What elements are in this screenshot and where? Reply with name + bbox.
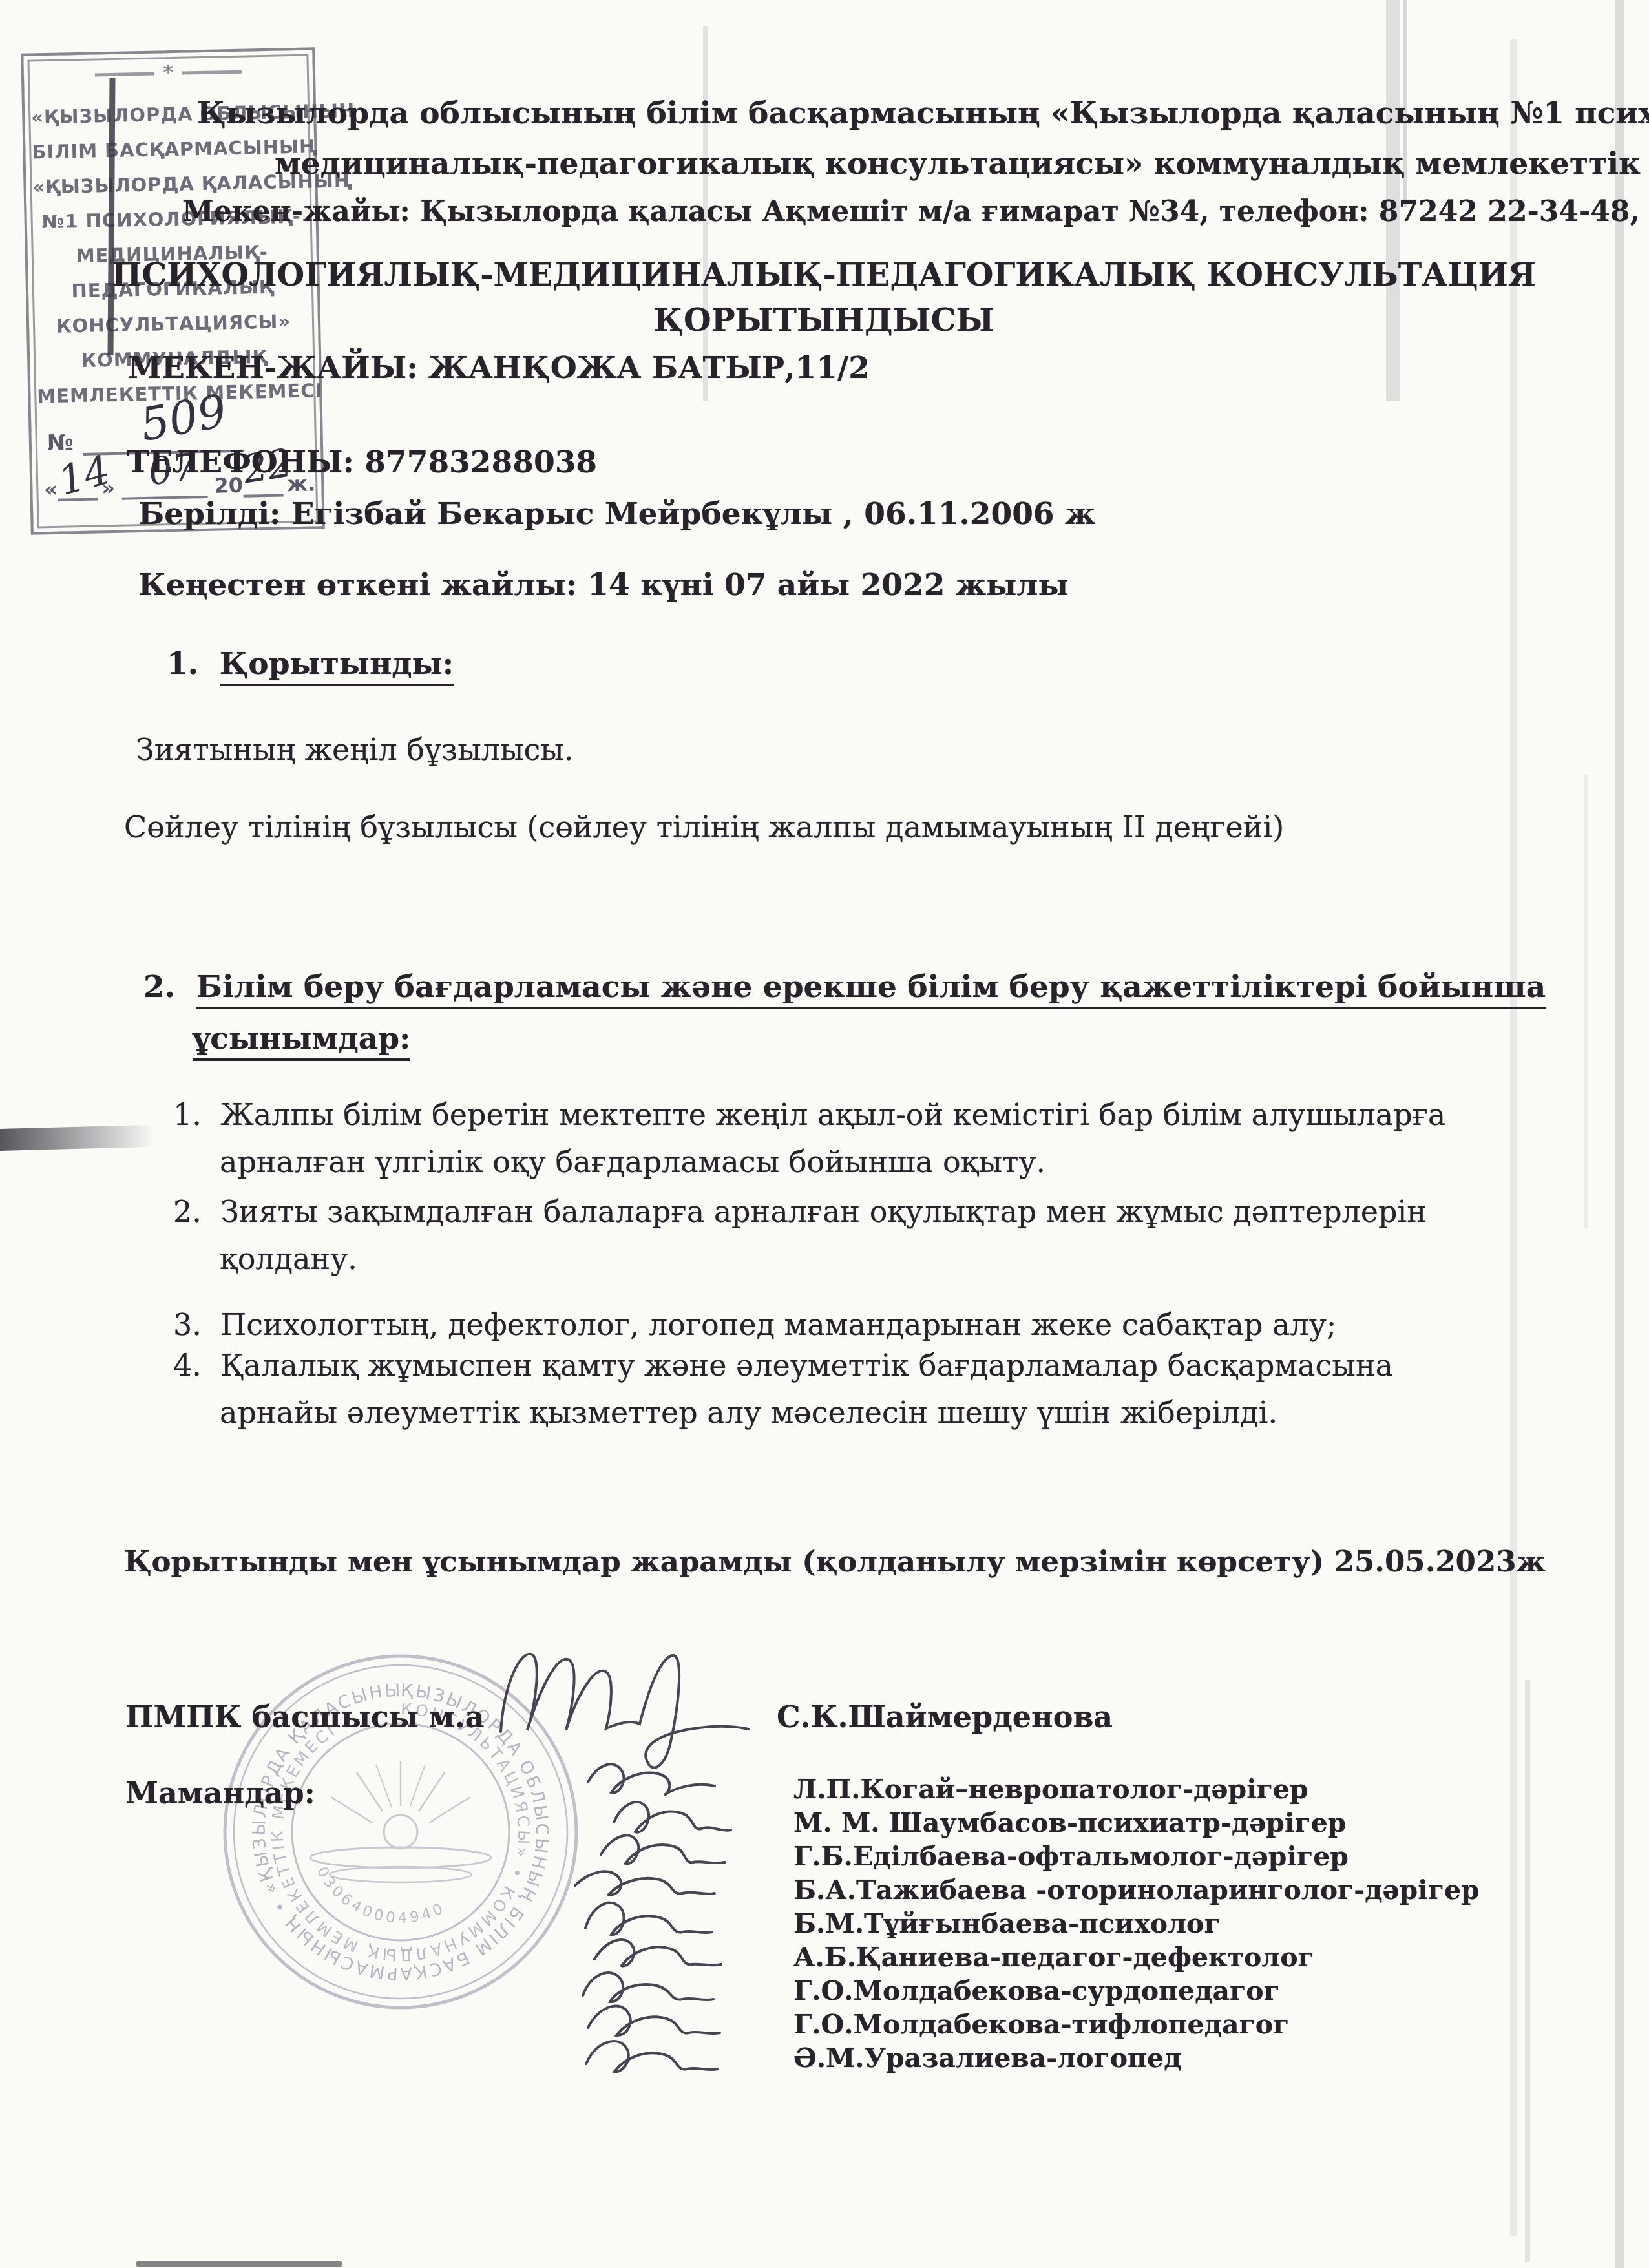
list-item-text: Қалалық жұмыспен қамту және әлеуметтік б… — [220, 1348, 1393, 1383]
issued-to-line: Берілді: Егізбай Бекарыс Мейрбекұлы , 06… — [138, 496, 1095, 532]
list-item: 1. Жалпы білім беретін мектепте жеңіл ақ… — [173, 1097, 1445, 1132]
stamp-day-blank: 14 — [58, 474, 98, 501]
specialist-name: Г.Б.Еділбаева-офтальмолог-дәрігер — [793, 1841, 1349, 1872]
section1-heading: 1. Қорытынды: — [167, 646, 454, 682]
list-item-continuation: арналған үлгілік оқу бағдарламасы бойынш… — [220, 1144, 1045, 1179]
validity-line: Қорытынды мен ұсынымдар жарамды (қолданы… — [124, 1544, 1546, 1579]
org-header-line-2: медициналық-педагогикалық консультациясы… — [275, 146, 1649, 182]
document-page: * «ҚЫЗЫЛОРДА ОБЛЫСЫНЫҢ БІЛІМ БАСҚАРМАСЫН… — [0, 0, 1649, 2268]
section2-heading-line-2: ұсынымдар: — [193, 1021, 410, 1056]
list-item: 2. Зияты зақымдалған балаларға арналған … — [173, 1194, 1427, 1229]
phone-line: ТЕЛЕФОНЫ: 87783288038 — [127, 445, 597, 480]
org-header-line-1: Қызылорда облысының білім басқармасының … — [197, 96, 1649, 131]
specialists-label: Мамандар: — [125, 1776, 315, 1811]
section2-heading-text-2: ұсынымдар: — [193, 1021, 410, 1061]
specialist-name: М. М. Шаумбасов-психиатр-дәрігер — [793, 1807, 1346, 1838]
list-item-number: 3. — [173, 1307, 202, 1342]
stamp-decor: * — [24, 67, 313, 79]
stamp-line: БІЛІМ БАСҚАРМАСЫНЫҢ — [32, 129, 308, 170]
document-title: ПСИХОЛОГИЯЛЫҚ-МЕДИЦИНАЛЫҚ-ПЕДАГОГИКАЛЫҚ … — [97, 252, 1551, 342]
conclusion-item: Сөйлеу тілінің бұзылысы (сөйлеу тілінің … — [124, 810, 1284, 845]
list-item-text: Жалпы білім беретін мектепте жеңіл ақыл-… — [220, 1097, 1445, 1132]
scan-bottom-mark — [136, 2261, 342, 2267]
list-item-text: Зияты зақымдалған балаларға арналған оқу… — [220, 1194, 1427, 1229]
consultation-date-line: Кеңестен өткені жайлы: 14 күні 07 айы 20… — [138, 567, 1069, 603]
document-title-line-1: ПСИХОЛОГИЯЛЫҚ-МЕДИЦИНАЛЫҚ-ПЕДАГОГИКАЛЫҚ … — [97, 252, 1551, 297]
section1-number: 1. — [167, 646, 198, 682]
stamp-date-open-quote: « — [44, 477, 58, 501]
scan-streak — [1525, 1680, 1530, 2262]
stamp-decor-dash — [182, 70, 242, 74]
document-title-line-2: ҚОРЫТЫНДЫСЫ — [97, 297, 1551, 342]
scan-streak — [1584, 775, 1588, 1228]
scan-smudge — [0, 1125, 155, 1151]
list-item: 4. Қалалық жұмыспен қамту және әлеуметті… — [173, 1348, 1393, 1383]
org-address-line: Мекен-жайы: Қызылорда қаласы Ақмешіт м/а… — [182, 195, 1649, 228]
head-name: С.К.Шаймерденова — [777, 1699, 1113, 1734]
stamp-decor-dash — [95, 72, 154, 76]
specialist-name: Ә.М.Уразалиева-логопед — [793, 2042, 1182, 2074]
list-item: 3. Психологтың, дефектолог, логопед мама… — [173, 1307, 1336, 1342]
specialist-name: Г.О.Молдабекова-тифлопедагог — [793, 2009, 1289, 2040]
conclusion-item: Зиятының жеңіл бұзылысы. — [136, 732, 574, 767]
list-item-number: 4. — [173, 1348, 202, 1383]
scan-streak — [1510, 39, 1517, 2236]
specialist-signatures — [549, 1738, 808, 2126]
child-address-line: МЕКЕН-ЖАЙЫ: ЖАНҚОЖА БАТЫР,11/2 — [128, 350, 870, 386]
section2-heading-text-1: Білім беру бағдарламасы және ерекше білі… — [196, 969, 1546, 1009]
specialist-name: Б.А.Тажибаева -оториноларинголог-дәрігер — [793, 1874, 1480, 1906]
specialist-name: А.Б.Қаниева-педагог-дефектолог — [793, 1942, 1314, 1973]
stamp-number-label: № — [47, 430, 74, 456]
head-title-label: ПМПК басшысы м.а — [125, 1699, 485, 1734]
list-item-number: 1. — [173, 1097, 202, 1132]
seal-emblem — [310, 1761, 491, 1882]
specialist-name: Б.М.Тұйғынбаева-психолог — [793, 1908, 1221, 1939]
specialist-name: Г.О.Молдабекова-сурдопедагог — [793, 1975, 1280, 2006]
scan-streak — [1615, 0, 1624, 2268]
section2-heading-line-1: 2. Білім беру бағдарламасы және ерекше б… — [143, 969, 1546, 1005]
list-item-number: 2. — [173, 1194, 202, 1229]
specialist-name: Л.П.Когай–невропатолог-дәрігер — [793, 1774, 1308, 1805]
section1-heading-text: Қорытынды: — [220, 646, 454, 686]
section2-number: 2. — [143, 969, 175, 1005]
list-item-continuation: арнайы әлеуметтік қызметтер алу мәселесі… — [220, 1395, 1277, 1430]
list-item-text: Психологтың, дефектолог, логопед маманда… — [220, 1307, 1336, 1342]
star-icon: * — [163, 70, 173, 76]
list-item-continuation: қолдану. — [220, 1241, 357, 1276]
